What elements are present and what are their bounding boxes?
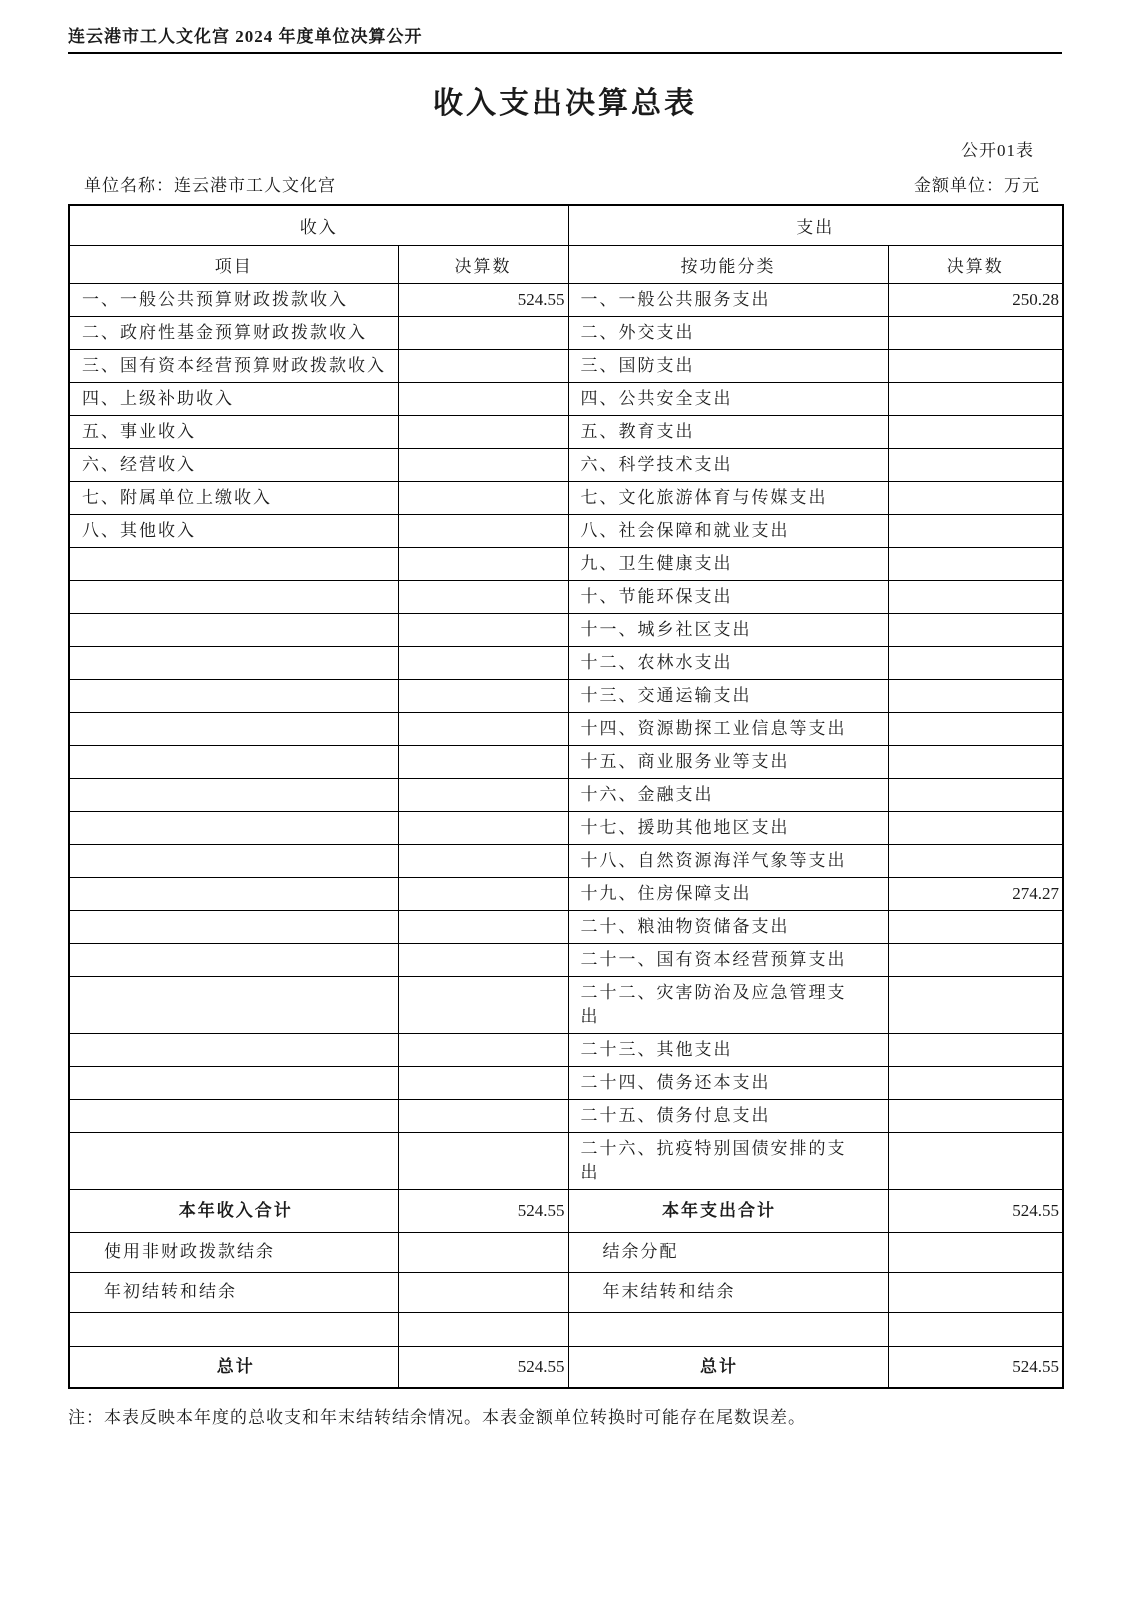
expense-amount-cell	[888, 1066, 1063, 1099]
expense-amount-cell	[888, 646, 1063, 679]
income-amount-cell	[398, 1033, 568, 1066]
table-row: 十、节能环保支出	[69, 580, 1063, 613]
expense-amount-cell	[888, 1132, 1063, 1189]
income-amount-cell	[398, 1272, 568, 1312]
income-amount-cell: 524.55	[398, 1346, 568, 1388]
expense-amount-cell: 250.28	[888, 283, 1063, 316]
table-row: 十七、援助其他地区支出	[69, 811, 1063, 844]
table-row: 九、卫生健康支出	[69, 547, 1063, 580]
expense-amount-cell	[888, 976, 1063, 1033]
income-amount-cell	[398, 547, 568, 580]
income-amount-cell	[398, 580, 568, 613]
expense-item-cell: 总计	[568, 1346, 888, 1388]
income-item-cell	[69, 1132, 398, 1189]
income-item-cell: 七、附属单位上缴收入	[69, 481, 398, 514]
expense-item-cell: 本年支出合计	[568, 1189, 888, 1232]
expense-item-column-header: 按功能分类	[568, 245, 888, 283]
income-amount-cell	[398, 712, 568, 745]
expense-amount-cell	[888, 811, 1063, 844]
income-item-cell	[69, 613, 398, 646]
table-row: 二十一、国有资本经营预算支出	[69, 943, 1063, 976]
income-item-cell	[69, 646, 398, 679]
table-code: 公开01表	[68, 136, 1062, 161]
expense-amount-cell	[888, 580, 1063, 613]
income-amount-cell	[398, 745, 568, 778]
income-amount-cell: 524.55	[398, 283, 568, 316]
column-header-row: 项目 决算数 按功能分类 决算数	[69, 245, 1063, 283]
expense-item-cell: 十五、商业服务业等支出	[568, 745, 888, 778]
income-amount-cell	[398, 1066, 568, 1099]
expense-section-header: 支出	[568, 205, 1063, 245]
income-item-cell	[69, 943, 398, 976]
table-row: 本年收入合计524.55本年支出合计524.55	[69, 1189, 1063, 1232]
table-row: 二、政府性基金预算财政拨款收入二、外交支出	[69, 316, 1063, 349]
table-row	[69, 1312, 1063, 1346]
income-item-cell	[69, 712, 398, 745]
income-amount-cell	[398, 877, 568, 910]
expense-item-cell: 一、一般公共服务支出	[568, 283, 888, 316]
table-row: 三、国有资本经营预算财政拨款收入三、国防支出	[69, 349, 1063, 382]
income-amount-cell	[398, 382, 568, 415]
table-row: 十四、资源勘探工业信息等支出	[69, 712, 1063, 745]
income-item-cell: 一、一般公共预算财政拨款收入	[69, 283, 398, 316]
table-row: 二十四、债务还本支出	[69, 1066, 1063, 1099]
expense-amount-cell	[888, 844, 1063, 877]
expense-item-cell: 五、教育支出	[568, 415, 888, 448]
income-item-cell	[69, 745, 398, 778]
table-row: 八、其他收入八、社会保障和就业支出	[69, 514, 1063, 547]
expense-item-cell: 二十、粮油物资储备支出	[568, 910, 888, 943]
table-row: 十二、农林水支出	[69, 646, 1063, 679]
income-item-cell	[69, 1099, 398, 1132]
income-item-cell	[69, 976, 398, 1033]
income-item-cell	[69, 910, 398, 943]
income-amount-column-header: 决算数	[398, 245, 568, 283]
expense-item-cell: 结余分配	[568, 1232, 888, 1272]
expense-amount-cell: 274.27	[888, 877, 1063, 910]
expense-item-cell: 十二、农林水支出	[568, 646, 888, 679]
table-row: 使用非财政拨款结余结余分配	[69, 1232, 1063, 1272]
income-item-cell	[69, 877, 398, 910]
expense-item-cell: 十一、城乡社区支出	[568, 613, 888, 646]
table-body: 一、一般公共预算财政拨款收入524.55一、一般公共服务支出250.28二、政府…	[69, 283, 1063, 1388]
income-item-cell: 四、上级补助收入	[69, 382, 398, 415]
expense-amount-cell	[888, 448, 1063, 481]
expense-item-cell: 十三、交通运输支出	[568, 679, 888, 712]
table-row: 六、经营收入六、科学技术支出	[69, 448, 1063, 481]
amount-unit: 金额单位：万元	[914, 171, 1040, 196]
page-title: 收入支出决算总表	[68, 78, 1062, 122]
income-section-header: 收入	[69, 205, 568, 245]
table-row: 五、事业收入五、教育支出	[69, 415, 1063, 448]
table-row: 总计524.55总计524.55	[69, 1346, 1063, 1388]
expense-item-cell: 二十四、债务还本支出	[568, 1066, 888, 1099]
table-row: 年初结转和结余年末结转和结余	[69, 1272, 1063, 1312]
expense-amount-cell	[888, 712, 1063, 745]
income-amount-cell	[398, 1099, 568, 1132]
income-item-cell	[69, 778, 398, 811]
table-row: 十五、商业服务业等支出	[69, 745, 1063, 778]
expense-amount-cell	[888, 910, 1063, 943]
income-amount-cell	[398, 448, 568, 481]
footnote: 注：本表反映本年度的总收支和年末结转结余情况。本表金额单位转换时可能存在尾数误差…	[68, 1403, 1062, 1428]
expense-item-cell: 二十五、债务付息支出	[568, 1099, 888, 1132]
income-amount-cell	[398, 976, 568, 1033]
income-item-cell: 总计	[69, 1346, 398, 1388]
income-item-cell	[69, 1312, 398, 1346]
expense-item-cell: 十、节能环保支出	[568, 580, 888, 613]
income-amount-cell	[398, 844, 568, 877]
income-item-cell	[69, 844, 398, 877]
expense-amount-cell: 524.55	[888, 1346, 1063, 1388]
expense-amount-cell	[888, 514, 1063, 547]
income-amount-cell	[398, 679, 568, 712]
income-amount-cell	[398, 646, 568, 679]
section-header-row: 收入 支出	[69, 205, 1063, 245]
income-item-cell	[69, 1066, 398, 1099]
income-amount-cell	[398, 778, 568, 811]
table-row: 十三、交通运输支出	[69, 679, 1063, 712]
expense-item-cell: 十六、金融支出	[568, 778, 888, 811]
document-header: 连云港市工人文化宫 2024 年度单位决算公开	[68, 22, 1062, 54]
income-amount-cell: 524.55	[398, 1189, 568, 1232]
expense-item-cell: 年末结转和结余	[568, 1272, 888, 1312]
expense-amount-cell	[888, 547, 1063, 580]
expense-amount-cell	[888, 613, 1063, 646]
expense-item-cell: 十九、住房保障支出	[568, 877, 888, 910]
expense-item-cell: 七、文化旅游体育与传媒支出	[568, 481, 888, 514]
income-item-cell	[69, 811, 398, 844]
expense-item-cell: 十四、资源勘探工业信息等支出	[568, 712, 888, 745]
income-item-cell: 本年收入合计	[69, 1189, 398, 1232]
income-amount-cell	[398, 943, 568, 976]
income-amount-cell	[398, 514, 568, 547]
expense-item-cell: 二十一、国有资本经营预算支出	[568, 943, 888, 976]
expense-amount-cell	[888, 1312, 1063, 1346]
income-item-cell	[69, 580, 398, 613]
expense-amount-cell	[888, 382, 1063, 415]
expense-item-cell: 九、卫生健康支出	[568, 547, 888, 580]
income-item-cell: 三、国有资本经营预算财政拨款收入	[69, 349, 398, 382]
expense-amount-cell	[888, 1099, 1063, 1132]
income-amount-cell	[398, 1132, 568, 1189]
expense-amount-column-header: 决算数	[888, 245, 1063, 283]
table-row: 十九、住房保障支出274.27	[69, 877, 1063, 910]
table-row: 十八、自然资源海洋气象等支出	[69, 844, 1063, 877]
income-amount-cell	[398, 415, 568, 448]
expense-item-cell: 六、科学技术支出	[568, 448, 888, 481]
income-item-column-header: 项目	[69, 245, 398, 283]
expense-amount-cell	[888, 481, 1063, 514]
expense-item-cell: 二、外交支出	[568, 316, 888, 349]
income-item-cell: 八、其他收入	[69, 514, 398, 547]
expense-item-cell: 三、国防支出	[568, 349, 888, 382]
expense-amount-cell	[888, 1033, 1063, 1066]
income-item-cell: 二、政府性基金预算财政拨款收入	[69, 316, 398, 349]
income-amount-cell	[398, 910, 568, 943]
table-row: 四、上级补助收入四、公共安全支出	[69, 382, 1063, 415]
income-item-cell: 年初结转和结余	[69, 1272, 398, 1312]
income-item-cell: 六、经营收入	[69, 448, 398, 481]
table-row: 十一、城乡社区支出	[69, 613, 1063, 646]
table-row: 七、附属单位上缴收入七、文化旅游体育与传媒支出	[69, 481, 1063, 514]
page: 连云港市工人文化宫 2024 年度单位决算公开 收入支出决算总表 公开01表 单…	[0, 0, 1131, 1600]
table-row: 二十三、其他支出	[69, 1033, 1063, 1066]
expense-amount-cell	[888, 415, 1063, 448]
expense-amount-cell: 524.55	[888, 1189, 1063, 1232]
table-row: 十六、金融支出	[69, 778, 1063, 811]
expense-amount-cell	[888, 1272, 1063, 1312]
expense-item-cell: 十八、自然资源海洋气象等支出	[568, 844, 888, 877]
income-amount-cell	[398, 316, 568, 349]
expense-amount-cell	[888, 1232, 1063, 1272]
expense-item-cell: 二十六、抗疫特别国债安排的支出	[568, 1132, 888, 1189]
expense-item-cell: 四、公共安全支出	[568, 382, 888, 415]
income-item-cell: 五、事业收入	[69, 415, 398, 448]
table-row: 二十五、债务付息支出	[69, 1099, 1063, 1132]
income-amount-cell	[398, 811, 568, 844]
table-row: 二十二、灾害防治及应急管理支出	[69, 976, 1063, 1033]
expense-amount-cell	[888, 943, 1063, 976]
meta-row: 单位名称：连云港市工人文化宫 金额单位：万元	[68, 171, 1062, 196]
income-expense-summary-table: 收入 支出 项目 决算数 按功能分类 决算数 一、一般公共预算财政拨款收入524…	[68, 204, 1064, 1389]
unit-name: 单位名称：连云港市工人文化宫	[84, 171, 336, 196]
income-amount-cell	[398, 613, 568, 646]
income-item-cell	[69, 1033, 398, 1066]
income-item-cell	[69, 679, 398, 712]
expense-item-cell: 二十三、其他支出	[568, 1033, 888, 1066]
expense-amount-cell	[888, 349, 1063, 382]
table-row: 二十、粮油物资储备支出	[69, 910, 1063, 943]
income-item-cell	[69, 547, 398, 580]
table-row: 二十六、抗疫特别国债安排的支出	[69, 1132, 1063, 1189]
expense-amount-cell	[888, 316, 1063, 349]
table-row: 一、一般公共预算财政拨款收入524.55一、一般公共服务支出250.28	[69, 283, 1063, 316]
expense-amount-cell	[888, 745, 1063, 778]
expense-item-cell: 十七、援助其他地区支出	[568, 811, 888, 844]
income-amount-cell	[398, 1312, 568, 1346]
income-item-cell: 使用非财政拨款结余	[69, 1232, 398, 1272]
expense-amount-cell	[888, 778, 1063, 811]
expense-item-cell: 八、社会保障和就业支出	[568, 514, 888, 547]
expense-item-cell	[568, 1312, 888, 1346]
income-amount-cell	[398, 481, 568, 514]
expense-amount-cell	[888, 679, 1063, 712]
expense-item-cell: 二十二、灾害防治及应急管理支出	[568, 976, 888, 1033]
income-amount-cell	[398, 1232, 568, 1272]
income-amount-cell	[398, 349, 568, 382]
